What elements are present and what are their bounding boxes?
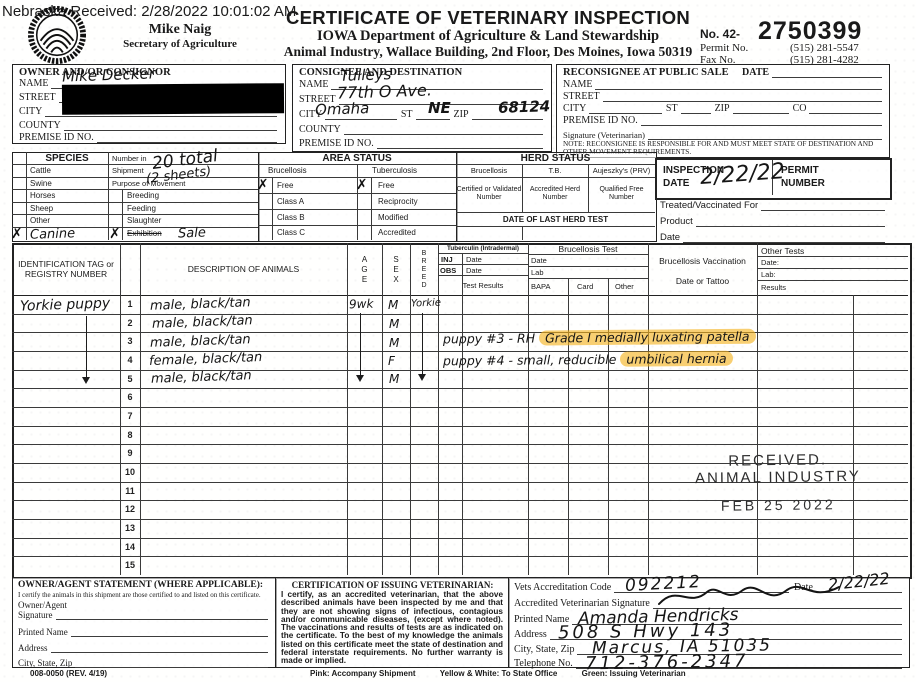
bruc-vaccination-header: Brucellosis Vaccination (648, 250, 757, 272)
table-row-line (12, 444, 908, 445)
breed-written: Yorkie (411, 297, 441, 309)
table-column-line (608, 278, 609, 575)
reconsignee-premise-line: PREMISE ID NO. (563, 115, 882, 126)
vet-certification-title: CERTIFICATION OF ISSUING VETERINARIAN: (276, 580, 509, 590)
treated-label: Treated/Vaccinated For (660, 200, 758, 211)
purpose-breeding: Breeding (127, 191, 159, 200)
exhibition-label: Exhibition (127, 229, 162, 238)
owner-county-line: COUNTY (19, 120, 277, 131)
puppy3-note-plain: puppy #3 - RH (443, 331, 535, 347)
vet-csz-label: City, State, Zip (514, 644, 574, 655)
row-number: 13 (120, 523, 140, 533)
puppy4-note: puppy #4 - small, reducibleumbilical her… (443, 351, 733, 369)
owner-city-label: CITY (19, 106, 42, 117)
permit-no-label: Permit No. (700, 42, 748, 54)
reconsignee-st-fill (681, 103, 711, 114)
age-header: AGE (347, 247, 382, 293)
certificate-no-label: No. 42- (700, 27, 740, 41)
tb-free: Free (378, 181, 394, 190)
other-results-label: Results (761, 283, 786, 292)
grid-line (438, 264, 528, 265)
vacc-date-fill (683, 232, 885, 243)
department-address: Animal Industry, Wallace Building, 2nd F… (258, 44, 718, 60)
row-number: 3 (120, 336, 140, 346)
form-number: 008-0050 (REV. 4/19) (30, 669, 107, 678)
table-row-line (12, 407, 908, 408)
puppy4-note-highlight: umbilical hernia (620, 351, 732, 367)
id-tag-header: IDENTIFICATION TAG or REGISTRY NUMBER (14, 250, 118, 288)
reconsignee-date-line: DATE (742, 67, 882, 78)
owner-sig-label: Signature (18, 610, 53, 620)
product-fill (696, 216, 885, 227)
consignee-premise-line: PREMISE ID NO. (299, 138, 543, 149)
herd-prv-label: Aujeszky's (PRV) (588, 165, 655, 176)
brucellosis-col-label: Brucellosis (268, 166, 307, 175)
owner-county-fill (64, 120, 277, 131)
owner-address-label: Address (18, 643, 48, 653)
inj-label: INJ (441, 255, 453, 264)
row-number: 8 (120, 430, 140, 440)
owner-statement-title: OWNER/AGENT STATEMENT (WHERE APPLICABLE)… (18, 580, 263, 590)
breed-arrow-head (418, 374, 426, 381)
owner-statement-box: OWNER/AGENT STATEMENT (WHERE APPLICABLE)… (12, 577, 277, 668)
grid-line (528, 266, 648, 267)
bruc-class-c: Class C (277, 228, 305, 237)
table-row-line (12, 351, 908, 352)
row-number: 1 (120, 299, 140, 309)
grid-line (757, 256, 908, 257)
sale-check-mark: ✗ (109, 226, 121, 242)
row5-sex: M (389, 372, 399, 386)
obs-label: OBS (440, 266, 456, 275)
test-results-label: Test Results (438, 277, 528, 293)
grid-line (258, 209, 456, 210)
age-arrow (360, 313, 361, 376)
table-column-line (648, 243, 649, 575)
vet-accreditation-label: Vets Accreditation Code (514, 582, 611, 593)
herd-status-header: HERD STATUS (456, 153, 655, 164)
tb-accredited: Accredited (378, 228, 416, 237)
grid-line (258, 225, 456, 226)
reconsignee-co-label: CO (793, 103, 807, 114)
purpose-feeding: Feeding (127, 204, 156, 213)
received-stamp: RECEIVED. ANIMAL INDUSTRY FEB 25 2022 (688, 451, 869, 515)
reconsignee-co-fill (809, 103, 882, 114)
reconsignee-st-label: ST (666, 103, 678, 114)
canine-check-mark: ✗ (11, 226, 23, 242)
brucellosis-test-header: Brucellosis Test (528, 244, 648, 254)
sale-written: Sale (178, 226, 206, 242)
table-column-line (757, 243, 758, 575)
row4-sex: F (388, 354, 395, 368)
age-written: 9wk (349, 297, 374, 312)
reconsignee-city-label: CITY (563, 103, 586, 114)
area-status-header: AREA STATUS (258, 153, 456, 164)
table-row-line (12, 388, 908, 389)
table-row-line (12, 519, 908, 520)
distribution-yellow: Yellow & White: To State Office (440, 669, 558, 678)
product-label: Product (660, 216, 693, 227)
puppy3-note: puppy #3 - RHGrade I medially luxating p… (443, 329, 756, 347)
row-number: 6 (120, 392, 140, 402)
other-tests-header: Other Tests (761, 246, 804, 256)
grid-line (12, 189, 258, 190)
grid-line (456, 177, 655, 178)
row-number: 11 (120, 486, 140, 496)
owner-address-fill (51, 642, 269, 653)
grid-line (12, 177, 258, 178)
breed-header: BREED (410, 244, 438, 295)
species-cattle: Cattle (30, 166, 51, 175)
treated-line: Treated/Vaccinated For (660, 200, 885, 211)
id-arrow-head (82, 377, 90, 384)
grid-line (528, 278, 648, 279)
reconsignee-city-line: CITY ST ZIP CO (563, 103, 882, 114)
row2-sex: M (389, 317, 399, 331)
grid-line (357, 164, 358, 240)
breed-arrow (422, 313, 423, 375)
consignee-st-label: ST (401, 109, 413, 120)
canine-written: Canine (30, 226, 76, 243)
vacc-date-line: Date (660, 232, 885, 243)
owner-sig-line: Signature (18, 609, 268, 620)
consignee-city-written: Omaha (315, 99, 370, 119)
consignee-st-written: NE (428, 99, 451, 117)
consignee-premise-fill (377, 138, 543, 149)
reconsignee-zip-fill (733, 103, 789, 114)
owner-premise-line: PREMISE ID NO. (19, 132, 277, 143)
herd-bruc-sub: Certified or Validated Number (456, 179, 522, 209)
card-label: Card (577, 282, 593, 291)
distribution-note: Pink: Accompany Shipment Yellow & White:… (310, 669, 686, 678)
table-column-line (462, 253, 463, 575)
consignee-zip-written: 68124 (498, 97, 551, 117)
bruc-lab-label: Lab (531, 268, 544, 277)
herd-prv-sub: Qualified Free Number (588, 179, 655, 209)
department-line: IOWA Department of Agriculture & Land St… (278, 28, 698, 45)
stamp-line2: ANIMAL INDUSTRY (688, 468, 868, 488)
tuberculosis-col-label: Tuberculosis (372, 166, 417, 175)
reconsignee-premise-label: PREMISE ID NO. (563, 115, 638, 126)
other-lab-label: Lab: (761, 270, 776, 279)
reconsignee-name-fill (595, 79, 882, 90)
table-column-line (568, 278, 569, 575)
owner-address-line: Address (18, 642, 268, 653)
reconsignee-premise-fill (641, 115, 882, 126)
table-column-line (528, 243, 529, 575)
other-col-label: Other (615, 282, 634, 291)
row-number: 10 (120, 467, 140, 477)
table-row-line (12, 370, 908, 371)
row-number: 12 (120, 504, 140, 514)
owner-printed-fill (71, 626, 268, 637)
grid-line (12, 202, 258, 203)
puppy4-note-plain: puppy #4 - small, reducible (443, 352, 616, 369)
reconsignee-street-label: STREET (563, 91, 600, 102)
species-header: SPECIES (26, 153, 108, 164)
consignee-zip-label: ZIP (454, 109, 469, 120)
owner-csz-label: City, State, Zip (18, 658, 72, 668)
reconsignee-street-fill (603, 91, 882, 102)
herd-bruc-label: Brucellosis (456, 165, 522, 176)
permit-number-label: PERMIT NUMBER (781, 164, 851, 190)
owner-csz-fill (75, 657, 268, 668)
reconsignee-date-label: DATE (742, 67, 769, 78)
redaction-bar (62, 83, 284, 115)
grid-line (12, 295, 908, 296)
row-number: 2 (120, 318, 140, 328)
iowa-agriculture-seal-icon (28, 6, 86, 69)
bruc-free-check: ✗ (257, 177, 269, 193)
tb-free-check: ✗ (356, 177, 368, 193)
bruc-class-a: Class A (277, 197, 304, 206)
row-number: 9 (120, 448, 140, 458)
grid-line (12, 164, 258, 165)
other-date-label: Date: (761, 258, 779, 267)
grid-line (438, 253, 528, 254)
obs-date-label: Date (466, 266, 482, 275)
treated-fill (761, 200, 885, 211)
owner-street-label: STREET (19, 92, 56, 103)
owner-premise-fill (97, 132, 277, 143)
reconsignee-name-label: NAME (563, 79, 592, 90)
id-arrow (86, 316, 87, 378)
consignee-name-label: NAME (299, 79, 328, 90)
vet-certification-box: CERTIFICATION OF ISSUING VETERINARIAN: I… (275, 577, 510, 668)
permit-no-value: (515) 281-5547 (790, 42, 859, 54)
vet-address-label: Address (514, 629, 547, 640)
description-header: DESCRIPTION OF ANIMALS (142, 252, 345, 286)
grid-line (12, 214, 258, 215)
table-column-line (120, 243, 121, 575)
date-last-herd-test-label: DATE OF LAST HERD TEST (456, 213, 655, 225)
table-row-line (12, 556, 908, 557)
consignee-county-line: COUNTY (299, 124, 543, 135)
consignee-county-fill (344, 124, 543, 135)
reconsignee-box: RECONSIGNEE AT PUBLIC SALE DATE NAME STR… (556, 64, 890, 158)
species-swine: Swine (30, 179, 52, 188)
table-row-line (12, 426, 908, 427)
tb-reciprocity: Reciprocity (378, 197, 418, 206)
scanned-certificate: Nebraska Received: 2/28/2022 10:01:02 AM… (0, 0, 916, 682)
owner-name-label: NAME (19, 78, 48, 89)
distribution-pink: Pink: Accompany Shipment (310, 669, 416, 678)
owner-printed-label: Printed Name (18, 627, 68, 637)
table-column-line (140, 243, 141, 575)
grid-line (757, 268, 908, 269)
vet-certification-body: I certify, as an accredited veterinarian… (281, 591, 503, 666)
reconsignee-city-fill (589, 103, 662, 114)
bruc-free: Free (277, 181, 293, 190)
owner-premise-label: PREMISE ID NO. (19, 132, 94, 143)
grid-line (456, 226, 655, 227)
owner-statement-text: I certify the animals in this shipment a… (18, 591, 270, 599)
form-title: CERTIFICATE OF VETERINARY INSPECTION (278, 7, 698, 29)
table-column-line (853, 295, 854, 575)
owner-county-label: COUNTY (19, 120, 61, 131)
owner-csz-line: City, State, Zip (18, 657, 268, 668)
inj-date-label: Date (466, 255, 482, 264)
row1-sex: M (388, 298, 398, 312)
grid-line (438, 275, 528, 276)
table-row-line (12, 538, 908, 539)
bapa-label: BAPA (531, 282, 550, 291)
owner-printed-line: Printed Name (18, 626, 268, 637)
secretary-name: Mike Naig (95, 22, 265, 38)
row-number: 7 (120, 411, 140, 421)
owner-sig-fill (56, 609, 269, 620)
row-number: 15 (120, 560, 140, 570)
reconsignee-zip-label: ZIP (715, 103, 730, 114)
shipment-label: Shipment (112, 166, 144, 175)
id-tag-written: Yorkie puppy (20, 295, 111, 314)
reconsignee-name-line: NAME (563, 79, 882, 90)
owner-name-written: Mike Decker (62, 64, 155, 85)
table-row-line (12, 314, 908, 315)
number-in-label: Number in (112, 154, 147, 163)
herd-tb-label: T.B. (522, 165, 588, 176)
reconsignee-street-line: STREET (563, 91, 882, 102)
reconsignee-box-title: RECONSIGNEE AT PUBLIC SALE (563, 67, 729, 78)
product-line: Product (660, 216, 885, 227)
row-number: 14 (120, 542, 140, 552)
tb-modified: Modified (378, 213, 408, 222)
bruc-date-label: Date (531, 256, 547, 265)
vacc-date-label: Date (660, 232, 680, 243)
puppy3-note-highlight: Grade I medially luxating patella (539, 329, 756, 346)
herd-tb-sub: Accredited Herd Number (522, 179, 588, 209)
grid-line (757, 280, 908, 281)
secretary-title: Secretary of Agriculture (95, 38, 265, 50)
stamp-line3: FEB 25 2022 (688, 496, 868, 515)
bruc-vaccination-sub: Date or Tattoo (648, 272, 757, 290)
species-horses: Horses (30, 191, 55, 200)
age-arrow-head (356, 375, 364, 382)
distribution-green: Green: Issuing Veterinarian (582, 669, 686, 678)
row-number: 5 (120, 374, 140, 384)
vet-phone-label: Telephone No. (514, 658, 573, 669)
row3-sex: M (389, 336, 399, 350)
species-sheep: Sheep (30, 204, 53, 213)
bruc-class-b: Class B (277, 213, 305, 222)
species-other: Other (30, 216, 50, 225)
sex-header: SEX (382, 247, 410, 293)
row-number: 4 (120, 355, 140, 365)
reconsignee-date-fill (772, 67, 882, 78)
purpose-slaughter: Slaughter (127, 216, 161, 225)
consignee-premise-label: PREMISE ID NO. (299, 138, 374, 149)
grid-line (522, 226, 523, 240)
tuberculin-header: Tuberculin (Intradermal) (438, 244, 528, 252)
consignee-county-label: COUNTY (299, 124, 341, 135)
grid-line (528, 254, 648, 255)
